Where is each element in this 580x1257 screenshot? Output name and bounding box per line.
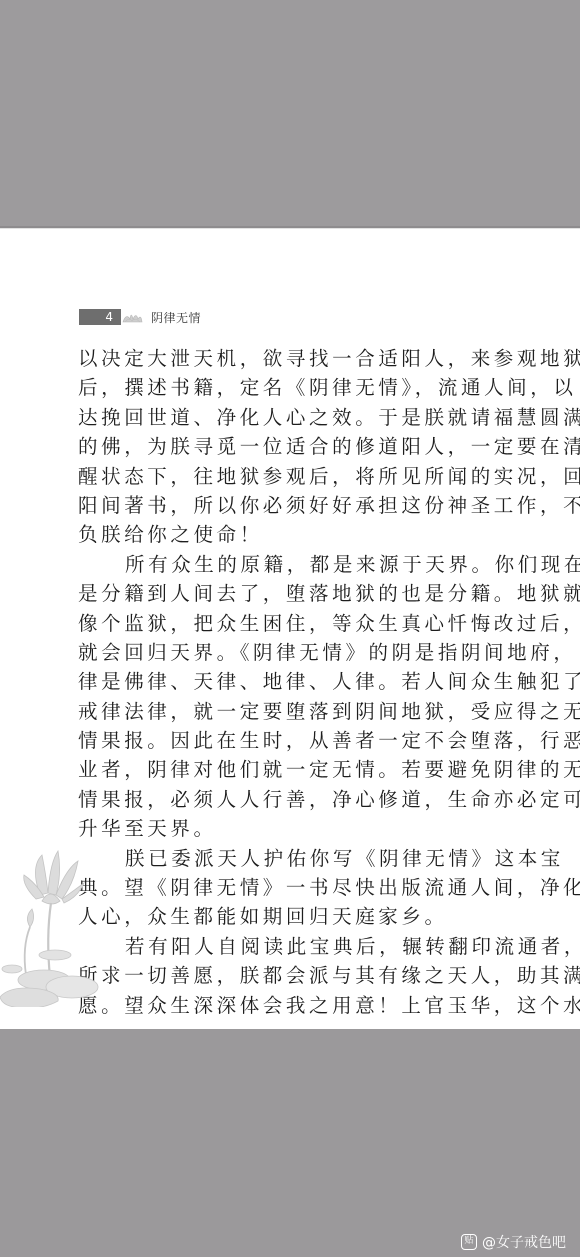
- text-line: 升华至天界。: [78, 814, 488, 843]
- watermark-text: @女子戒色吧: [482, 1232, 566, 1252]
- text-line: 所有众生的原籍，都是来源于天界。你们现在: [78, 550, 488, 579]
- top-background-band: [0, 0, 580, 228]
- book-page: 4 阴律无情 以决定大泄天机，欲寻找一合适阳人，来参观地狱后，撰述书籍，定名《阴…: [0, 228, 580, 1030]
- text-line: 阳间著书，所以你必须好好承担这份神圣工作，不: [78, 491, 488, 520]
- lotus-illustration-icon: [0, 847, 110, 1007]
- text-line: 以决定大泄天机，欲寻找一合适阳人，来参观地狱: [78, 344, 488, 373]
- tieba-icon: 贴: [461, 1234, 477, 1250]
- bottom-background-band: [0, 1029, 580, 1257]
- text-line: 人心，众生都能如期回归天庭家乡。: [78, 902, 488, 931]
- running-header: 4 阴律无情: [79, 309, 201, 325]
- text-line: 戒律法律，就一定要堕落到阴间地狱，受应得之无: [78, 697, 488, 726]
- lotus-ornament-icon: [121, 309, 143, 325]
- watermark: 贴 @女子戒色吧: [461, 1232, 566, 1252]
- text-line: 情果报，必须人人行善，净心修道，生命亦必定可: [78, 785, 488, 814]
- body-text: 以决定大泄天机，欲寻找一合适阳人，来参观地狱后，撰述书籍，定名《阴律无情》，流通…: [78, 344, 488, 1020]
- text-line: 典。望《阴律无情》一书尽快出版流通人间，净化: [78, 873, 488, 902]
- text-line: 后，撰述书籍，定名《阴律无情》，流通人间，以: [78, 373, 488, 402]
- text-line: 达挽回世道、净化人心之效。于是朕就请福慧圆满: [78, 403, 488, 432]
- text-line: 是分籍到人间去了，堕落地狱的也是分籍。地狱就: [78, 579, 488, 608]
- text-line: 若有阳人自阅读此宝典后，辗转翻印流通者，: [78, 932, 488, 961]
- running-header-title: 阴律无情: [151, 309, 201, 326]
- text-line: 负朕给你之使命！: [78, 520, 488, 549]
- text-line: 醒状态下，往地狱参观后，将所见所闻的实况，回: [78, 462, 488, 491]
- text-line: 愿。望众生深深体会我之用意！上官玉华，这个水: [78, 991, 488, 1020]
- text-line: 情果报。因此在生时，从善者一定不会堕落，行恶: [78, 726, 488, 755]
- text-line: 律是佛律、天律、地律、人律。若人间众生触犯了: [78, 667, 488, 696]
- text-line: 像个监狱，把众生困住，等众生真心忏悔改过后，: [78, 609, 488, 638]
- text-line: 业者，阴律对他们就一定无情。若要避免阴律的无: [78, 755, 488, 784]
- text-line: 就会回归天界。《阴律无情》的阴是指阴间地府，: [78, 638, 488, 667]
- text-line: 所求一切善愿，朕都会派与其有缘之天人，助其满: [78, 961, 488, 990]
- text-line: 的佛，为朕寻觅一位适合的修道阳人，一定要在清: [78, 432, 488, 461]
- page-number: 4: [79, 309, 121, 325]
- text-line: 朕已委派天人护佑你写《阴律无情》这本宝: [78, 844, 488, 873]
